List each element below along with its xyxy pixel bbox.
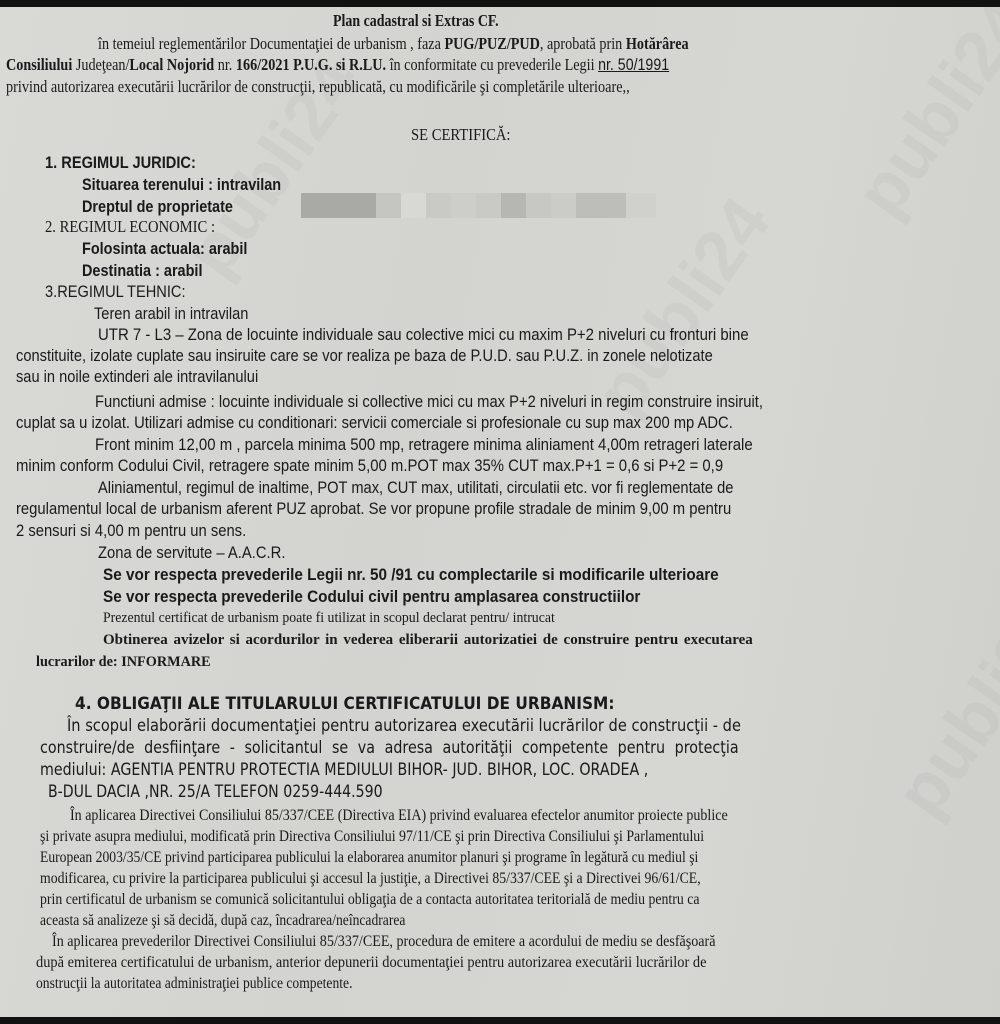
certify-heading: SE CERTIFICĂ: — [411, 125, 510, 145]
intro-line-2: Consiliului Judeţean/Local Nojorid nr. 1… — [6, 55, 669, 75]
watermark: publi24 — [879, 584, 1000, 831]
obligations-p2-line-4: modificarea, cu privire la participarea … — [40, 870, 701, 888]
obligations-p2-line-6: aceasta să analizeze şi să decidă, după … — [40, 912, 405, 930]
obligations-p3-line-2: după emiterea certificatului de urbanism… — [36, 954, 706, 972]
respect-law-note: Se vor respecta prevederile Legii nr. 50… — [103, 565, 719, 585]
functions-line-1: Functiuni admise : locuinte individuale … — [95, 392, 763, 412]
alignment-line-3: 2 sensuri si 4,00 m pentru un sens. — [16, 521, 246, 541]
obligations-p1-line-3: mediului: AGENTIA PENTRU PROTECTIA MEDIU… — [40, 760, 648, 780]
land-situation: Situarea terenului : intravilan — [82, 175, 281, 195]
property-right-label: Dreptul de proprietate — [82, 197, 233, 217]
works-type: INFORMARE — [121, 654, 210, 670]
section-4-heading: 4. OBLIGAŢII ALE TITULARULUI CERTIFICATU… — [75, 694, 615, 714]
section-1-heading: 1. REGIMUL JURIDIC: — [45, 153, 196, 173]
alignment-line-1: Aliniamentul, regimul de inaltime, POT m… — [98, 478, 733, 498]
section-2-heading: 2. REGIMUL ECONOMIC : — [45, 217, 215, 237]
environmental-agency: : AGENTIA PENTRU PROTECTIA MEDIULUI BIHO… — [102, 760, 649, 780]
obligations-p2-line-2: şi private asupra mediului, modificată p… — [40, 828, 704, 846]
certificate-usage-note: Prezentul certificat de urbanism poate f… — [103, 610, 555, 627]
front-line-2: minim conform Codului Civil, retragere s… — [16, 456, 723, 476]
obligations-p2-line-3: European 2003/35/CE privind participarea… — [40, 849, 698, 867]
obligations-p2-line-1: În aplicarea Directivei Consiliului 85/3… — [70, 807, 728, 825]
law-reference-link: nr. 50/1991 — [598, 55, 669, 74]
approvals-line-2: lucrarilor de: INFORMARE — [36, 654, 211, 671]
approvals-line-1: Obtinerea avizelor si acordurilor in ved… — [103, 632, 753, 649]
utr-line-1: UTR 7 - L3 – Zona de locuinte individual… — [98, 325, 749, 345]
utr-line-3: sau in noile extinderi ale intravilanulu… — [16, 367, 258, 387]
alignment-line-2: regulamentul local de urbanism aferent P… — [16, 499, 731, 519]
destination: Destinatia : arabil — [82, 261, 202, 281]
utr-line-2: constituite, izolate cuplate sau insirui… — [16, 346, 713, 366]
functions-line-2: cuplat sa u izolat. Utilizari admise cu … — [16, 413, 733, 433]
intro-line-1: în temeiul reglementărilor Documentaţiei… — [98, 34, 968, 54]
document-page: publi24 publi24 publi24 publi24 Plan cad… — [0, 7, 1000, 1017]
respect-civil-code-note: Se vor respecta prevederile Codului civi… — [103, 587, 640, 607]
servitude-zone: Zona de servitute – A.A.C.R. — [98, 543, 285, 563]
obligations-p1-line-1: În scopul elaborării documentaţiei pentr… — [67, 716, 741, 736]
obligations-p1-line-2: construire/de desfiinţare - solicitantul… — [40, 738, 739, 758]
current-use: Folosinta actuala: arabil — [82, 239, 247, 259]
obligations-p3-line-1: În aplicarea prevederilor Directivei Con… — [52, 933, 715, 951]
front-line-1: Front minim 12,00 m , parcela minima 500… — [95, 435, 753, 455]
intro-line-3: privind autorizarea executării lucrărilo… — [6, 77, 630, 97]
document-title: Plan cadastral si Extras CF. — [333, 11, 499, 31]
section-3-heading: 3.REGIMUL TEHNIC: — [45, 282, 186, 302]
agency-address: B-DUL DACIA ,NR. 25/A TELEFON 0259-444.5… — [48, 782, 383, 802]
land-type: Teren arabil in intravilan — [94, 304, 248, 324]
obligations-p3-line-3: onstrucţii la autoritatea administraţiei… — [36, 975, 352, 993]
obligations-p2-line-5: prin certificatul de urbanism se comunic… — [40, 891, 699, 909]
